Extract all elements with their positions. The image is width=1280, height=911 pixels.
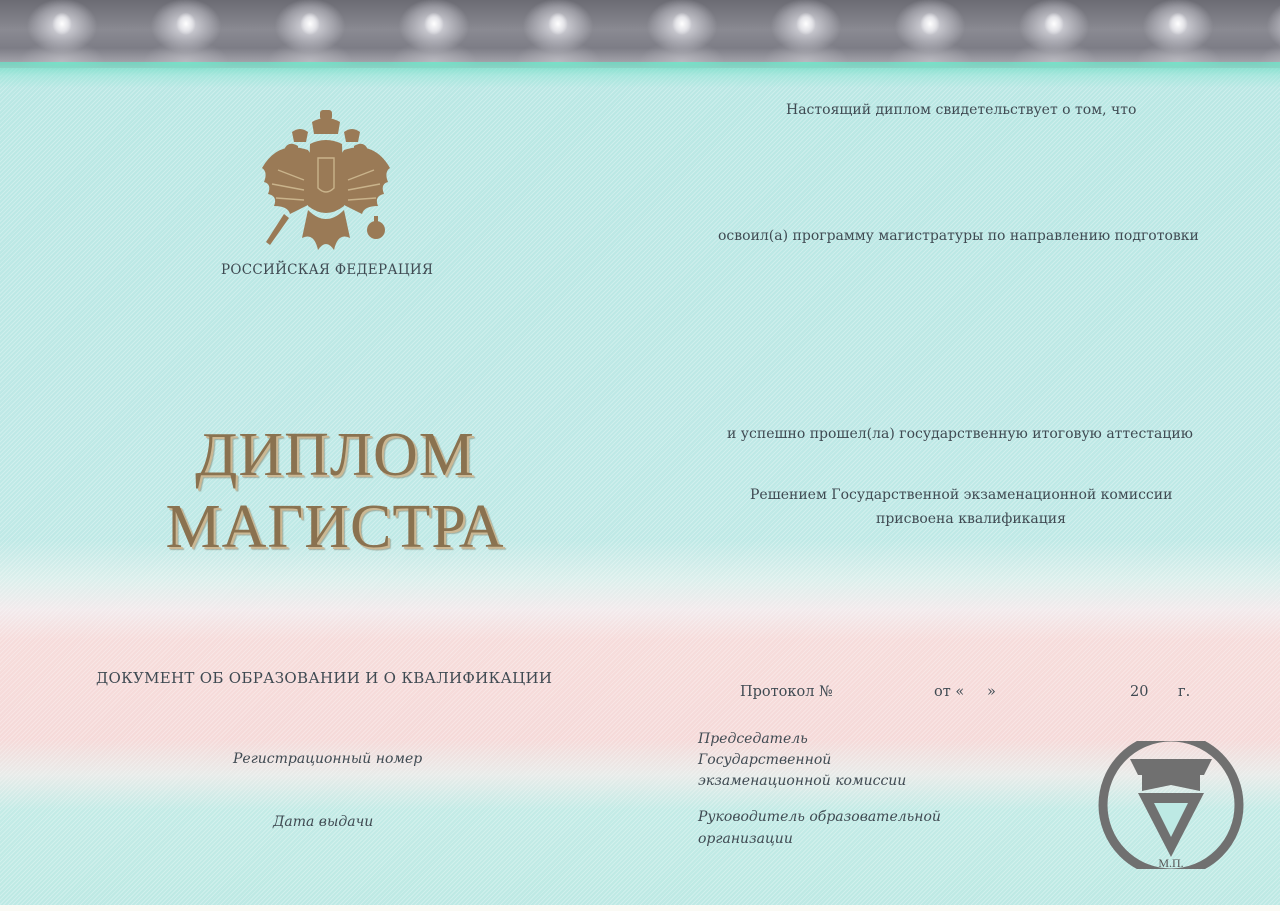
guilloche-ornament [744, 0, 868, 68]
document-type: ДОКУМЕНТ ОБ ОБРАЗОВАНИИ И О КВАЛИФИКАЦИИ [96, 669, 552, 687]
commission-decision-line1: Решением Государственной экзаменационной… [750, 487, 1172, 503]
diploma-title-line2: МАГИСТРА [150, 492, 520, 562]
coat-of-arms-icon [258, 110, 394, 255]
issue-date-label: Дата выдачи [273, 814, 373, 830]
chair-label-line1: Председатель [698, 731, 808, 747]
protocol-date-close: » [987, 684, 996, 700]
protocol-number-label: Протокол № [740, 684, 833, 700]
guilloche-ornament [620, 0, 744, 68]
guilloche-ornament [248, 0, 372, 68]
diploma-title-line1: ДИПЛОМ [150, 420, 520, 490]
security-banner [0, 0, 1280, 68]
program-line: освоил(а) программу магистратуры по напр… [718, 228, 1199, 244]
protocol-year-suffix: г. [1178, 684, 1190, 700]
guilloche-ornament [124, 0, 248, 68]
stamp-seal-icon: М.П. [1094, 741, 1248, 869]
head-label-line1: Руководитель образовательной [698, 809, 941, 825]
guilloche-ornament [496, 0, 620, 68]
chair-label-line2: Государственной [698, 752, 831, 768]
country-name: РОССИЙСКАЯ ФЕДЕРАЦИЯ [221, 262, 433, 278]
head-label-line2: организации [698, 831, 793, 847]
paper-edge [0, 905, 1280, 911]
commission-decision-line2: присвоена квалификация [876, 511, 1066, 527]
chair-label-line3: экзаменационной комиссии [698, 773, 906, 789]
certification-intro: Настоящий диплом свидетельствует о том, … [786, 102, 1136, 118]
guilloche-ornament [1116, 0, 1240, 68]
guilloche-ornament [372, 0, 496, 68]
guilloche-ornament [0, 0, 124, 68]
guilloche-ornament [992, 0, 1116, 68]
protocol-date-open: от « [934, 684, 964, 700]
diploma-page: РОССИЙСКАЯ ФЕДЕРАЦИЯ ДИПЛОМ МАГИСТРА ДОК… [0, 0, 1280, 905]
guilloche-ornament [1240, 0, 1280, 68]
guilloche-wave-border [0, 62, 1280, 88]
protocol-year-prefix: 20 [1130, 684, 1148, 700]
seal-label: М.П. [1158, 856, 1183, 869]
guilloche-ornament [868, 0, 992, 68]
registration-number-label: Регистрационный номер [233, 751, 422, 767]
attestation-line: и успешно прошел(ла) государственную ито… [727, 426, 1193, 442]
